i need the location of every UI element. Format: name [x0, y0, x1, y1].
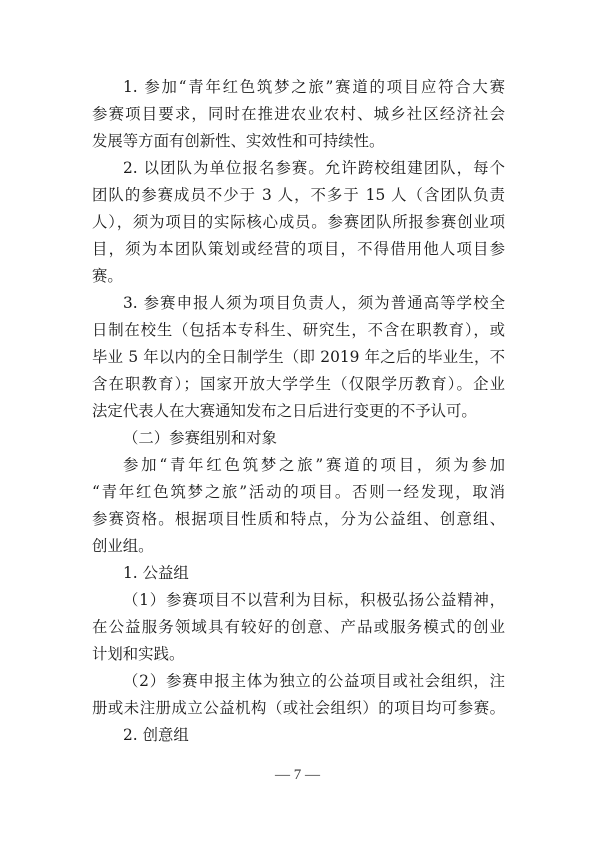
text-line: 团队的参赛成员不少于 3 人，不多于 15 人（含团队负责	[92, 182, 505, 209]
text-line: 人），须为项目的实际核心成员。参赛团队所报参赛创业项	[92, 209, 505, 236]
document-page: 1. 参加“青年红色筑梦之旅”赛道的项目应符合大赛参赛项目要求，同时在推进农业农…	[0, 0, 595, 841]
text-line: 参赛项目要求，同时在推进农业农村、城乡社区经济社会	[92, 101, 505, 128]
text-line: 册或未注册成立公益机构（或社会组织）的项目均可参赛。	[92, 695, 505, 722]
document-body: 1. 参加“青年红色筑梦之旅”赛道的项目应符合大赛参赛项目要求，同时在推进农业农…	[92, 74, 505, 749]
text-line: 3. 参赛申报人须为项目负责人，须为普通高等学校全	[92, 290, 505, 317]
text-line: 在公益服务领域具有较好的创意、产品或服务模式的创业	[92, 614, 505, 641]
text-line: 法定代表人在大赛通知发布之日后进行变更的不予认可。	[92, 398, 505, 425]
text-line: 含在职教育）；国家开放大学学生（仅限学历教育）。企业	[92, 371, 505, 398]
text-line: 1. 参加“青年红色筑梦之旅”赛道的项目应符合大赛	[92, 74, 505, 101]
text-line: 发展等方面有创新性、实效性和可持续性。	[92, 128, 505, 155]
text-line: 参加“青年红色筑梦之旅”赛道的项目，须为参加	[92, 452, 505, 479]
section-heading: （二）参赛组别和对象	[92, 425, 505, 452]
text-line: （1）参赛项目不以营利为目标，积极弘扬公益精神，	[92, 587, 505, 614]
page-number: — 7 —	[0, 764, 595, 786]
text-line: 2. 创意组	[92, 722, 505, 749]
text-line: 创业组。	[92, 533, 505, 560]
text-line: 1. 公益组	[92, 560, 505, 587]
text-line: 计划和实践。	[92, 641, 505, 668]
text-line: （2）参赛申报主体为独立的公益项目或社会组织，注	[92, 668, 505, 695]
text-line: 2. 以团队为单位报名参赛。允许跨校组建团队，每个	[92, 155, 505, 182]
text-line: 毕业 5 年以内的全日制学生（即 2019 年之后的毕业生，不	[92, 344, 505, 371]
text-line: 日制在校生（包括本专科生、研究生，不含在职教育），或	[92, 317, 505, 344]
text-line: 赛。	[92, 263, 505, 290]
text-line: 参赛资格。根据项目性质和特点，分为公益组、创意组、	[92, 506, 505, 533]
text-line: “青年红色筑梦之旅”活动的项目。否则一经发现，取消	[92, 479, 505, 506]
text-line: 目，须为本团队策划或经营的项目，不得借用他人项目参	[92, 236, 505, 263]
